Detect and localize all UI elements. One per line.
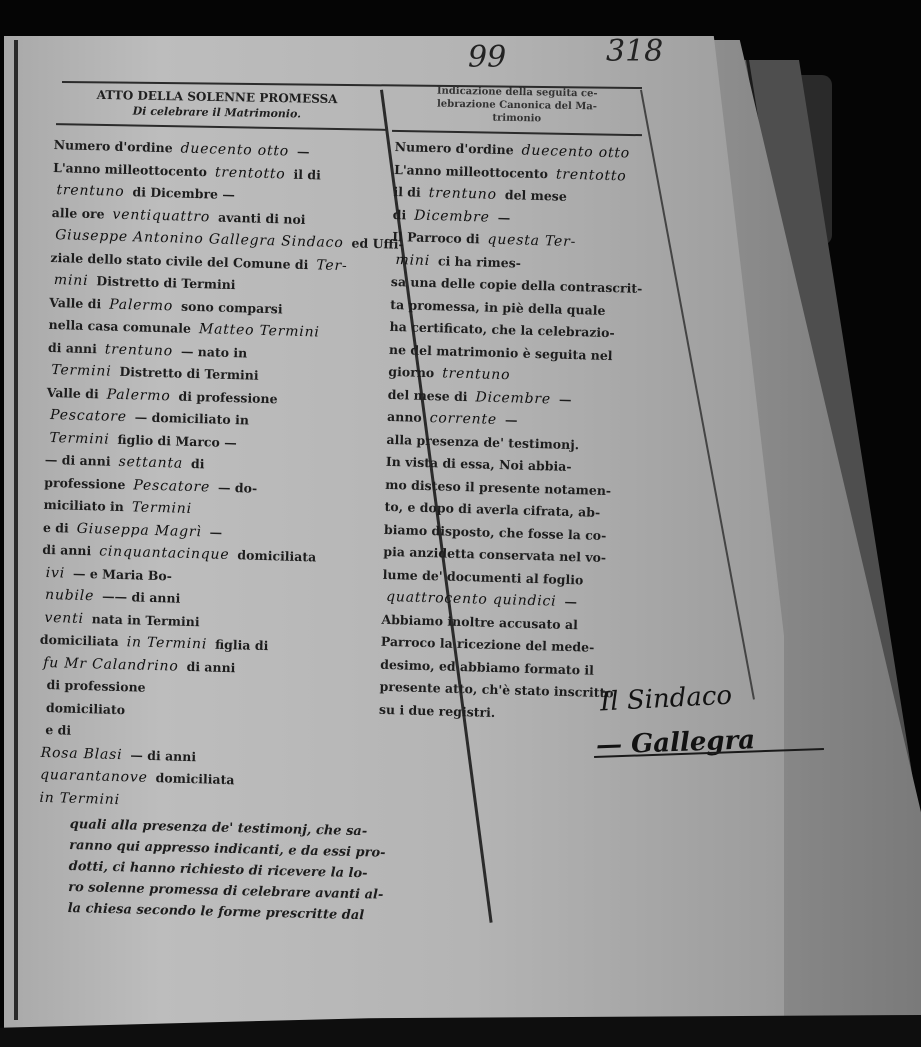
printed-text: Valle di xyxy=(47,384,99,400)
handwritten-entry xyxy=(579,437,587,453)
folio-number-right: 318 xyxy=(606,34,663,69)
printed-text: — xyxy=(559,391,572,406)
handwritten-entry: Dicembre xyxy=(410,207,494,225)
printed-text: mo disteso il presente notamen- xyxy=(385,476,611,497)
printed-text: Valle di xyxy=(49,294,101,310)
printed-text: — di anni xyxy=(45,452,111,469)
handwritten-entry xyxy=(495,705,503,721)
handwritten-entry: Palermo xyxy=(102,386,174,404)
handwritten-entry: mini xyxy=(50,272,93,289)
handwritten-entry: settanta xyxy=(114,454,187,472)
handwritten-entry xyxy=(614,325,622,341)
printed-text: di xyxy=(393,206,407,221)
printed-text: L'anno milleottocento xyxy=(394,161,548,180)
printed-text: di anni xyxy=(186,658,235,674)
handwritten-entry: fu Mr Calandrino xyxy=(39,654,183,674)
handwritten-entry xyxy=(605,302,613,318)
printed-text: di professione xyxy=(46,677,145,695)
handwritten-entry: nubile xyxy=(41,587,98,605)
handwritten-entry: quarantanove xyxy=(36,767,152,786)
printed-text: pia anzidetta conservata nel vo- xyxy=(383,544,606,565)
printed-text: domiciliata xyxy=(40,632,119,649)
handwritten-entry: Dicembre xyxy=(471,389,555,407)
printed-text: miciliato in xyxy=(43,497,124,514)
printed-text: Abbiamo inoltre accusato al xyxy=(381,611,578,631)
closing-paragraph: quali alla presenza de' testimonj, che s… xyxy=(67,814,499,929)
printed-text: — xyxy=(564,594,577,609)
printed-text: — xyxy=(497,209,510,224)
handwritten-entry: cinquantacinque xyxy=(95,543,234,563)
printed-text: ha certificato, che la celebrazio- xyxy=(389,319,614,340)
handwritten-entry: trentuno xyxy=(101,341,178,359)
left-column-body: Numero d'ordine duecento otto — L'anno m… xyxy=(35,134,434,819)
printed-text: di Dicembre — xyxy=(132,184,235,202)
handwritten-entry xyxy=(606,528,614,544)
printed-text: figlia di xyxy=(215,637,269,653)
printed-text: di anni xyxy=(42,542,91,558)
printed-text: su i due registri. xyxy=(379,701,496,719)
left-column-header: ATTO DELLA SOLENNE PROMESSA Di celebrare… xyxy=(52,87,382,123)
printed-text: biamo disposto, che fosse la co- xyxy=(384,521,607,542)
handwritten-entry: Pescatore xyxy=(46,407,131,425)
handwritten-entry xyxy=(571,459,579,475)
folio-number-left: 99 xyxy=(468,40,506,75)
handwritten-entry: mini xyxy=(391,251,434,268)
printed-text: — di anni xyxy=(130,747,196,764)
printed-text: Parroco la ricezione del mede- xyxy=(381,634,595,655)
page-left-edge xyxy=(14,40,18,1020)
printed-text: presente atto, ch'è stato inscritto xyxy=(379,679,613,701)
handwritten-entry: trentuno xyxy=(438,365,515,383)
printed-text: Il Parroco di xyxy=(392,229,480,246)
printed-text: di xyxy=(191,456,205,471)
printed-text: — e Maria Bo- xyxy=(73,565,172,583)
handwritten-entry: Palermo xyxy=(105,296,177,314)
printed-text: sa una delle copie della contrascrit- xyxy=(391,274,643,296)
handwritten-entry: questa Ter- xyxy=(483,232,580,251)
handwritten-entry xyxy=(600,505,608,521)
printed-text: Numero d'ordine xyxy=(394,139,513,157)
printed-text: — domiciliato in xyxy=(135,409,250,427)
handwritten-entry: venti xyxy=(40,609,88,626)
handwritten-entry: trentuno xyxy=(52,182,129,200)
printed-text: Numero d'ordine xyxy=(53,137,172,155)
printed-text: del mese di xyxy=(388,386,468,403)
printed-text: ziale dello stato civile del Comune di xyxy=(50,249,308,271)
printed-text: In vista di essa, Noi abbia- xyxy=(386,454,572,474)
printed-text: Distretto di Termini xyxy=(119,364,259,383)
printed-text: lume de' documenti al foglio xyxy=(383,566,584,587)
right-column-header: Indicazione della seguita ce- lebrazione… xyxy=(392,84,643,127)
handwritten-entry xyxy=(611,483,619,499)
handwritten-entry: corrente xyxy=(426,410,502,428)
handwritten-entry: trentotto xyxy=(211,164,290,182)
printed-text: e di xyxy=(45,722,71,738)
printed-text: domiciliata xyxy=(155,770,234,787)
printed-text: — xyxy=(209,524,222,539)
printed-text: L'anno milleottocento xyxy=(53,159,207,178)
handwritten-entry: quattrocento quindici xyxy=(382,589,561,610)
printed-text: e di xyxy=(43,519,69,535)
printed-text: desimo, ed abbiamo formato il xyxy=(380,656,594,677)
printed-text: domiciliato xyxy=(46,700,126,717)
handwritten-entry xyxy=(606,550,614,566)
printed-text: — do- xyxy=(218,479,258,495)
printed-text: — xyxy=(505,412,518,427)
printed-text: avanti di noi xyxy=(218,209,306,226)
printed-text: nella casa comunale xyxy=(48,317,191,336)
printed-text: di professione xyxy=(178,388,277,406)
printed-text: il di xyxy=(293,166,321,182)
printed-text: Distretto di Termini xyxy=(96,273,236,292)
handwritten-entry xyxy=(578,617,586,633)
printed-text: professione xyxy=(44,474,126,491)
handwritten-entry: in Termini xyxy=(35,789,124,807)
printed-text: alle ore xyxy=(52,204,105,220)
handwritten-entry xyxy=(642,281,650,297)
handwritten-entry: trentotto xyxy=(552,166,631,184)
printed-text: figlio di Marco — xyxy=(117,431,237,449)
printed-text: alla presenza de' testimonj. xyxy=(386,431,579,451)
printed-text: sono comparsi xyxy=(181,298,283,316)
printed-text: domiciliata xyxy=(237,547,316,564)
handwritten-entry: Pescatore xyxy=(129,477,214,495)
handwritten-entry: duecento otto xyxy=(517,142,634,161)
handwritten-entry xyxy=(594,640,602,656)
printed-text: anno xyxy=(387,409,422,425)
handwritten-entry: Termini xyxy=(47,362,115,380)
right-column-body: Numero d'ordine duecento otto L'anno mil… xyxy=(379,136,775,731)
printed-text: del mese xyxy=(505,187,567,204)
handwritten-entry: duecento otto xyxy=(176,140,293,159)
handwritten-entry: ivi xyxy=(42,564,70,581)
printed-text: ne del matrimonio è seguita nel xyxy=(389,341,613,362)
printed-text: ci ha rimes- xyxy=(438,253,521,270)
handwritten-entry xyxy=(583,572,591,588)
printed-text: to, e dopo di averla cifrata, ab- xyxy=(384,499,600,520)
printed-text: nata in Termini xyxy=(92,611,200,629)
printed-text: di anni xyxy=(48,339,97,355)
printed-text: ta promessa, in piè della quale xyxy=(390,296,606,317)
printed-text: —— di anni xyxy=(102,589,181,606)
handwritten-entry: Termini xyxy=(45,429,113,447)
printed-text: — nato in xyxy=(181,343,248,360)
handwritten-entry: in Termini xyxy=(122,634,211,652)
handwritten-entry xyxy=(594,662,602,678)
handwritten-entry: trentuno xyxy=(425,185,502,203)
handwritten-entry: Rosa Blasi xyxy=(37,744,127,762)
handwritten-entry xyxy=(612,348,620,364)
printed-text: giorno xyxy=(388,364,434,380)
handwritten-entry: Termini xyxy=(128,499,196,517)
printed-text: — xyxy=(297,144,310,159)
handwritten-entry: Ter- xyxy=(312,257,352,274)
handwritten-entry: ventiquattro xyxy=(108,206,214,225)
printed-text: il di xyxy=(393,184,421,200)
handwritten-entry: Matteo Termini xyxy=(195,321,324,341)
handwritten-entry: Giuseppa Magrì xyxy=(73,520,206,540)
